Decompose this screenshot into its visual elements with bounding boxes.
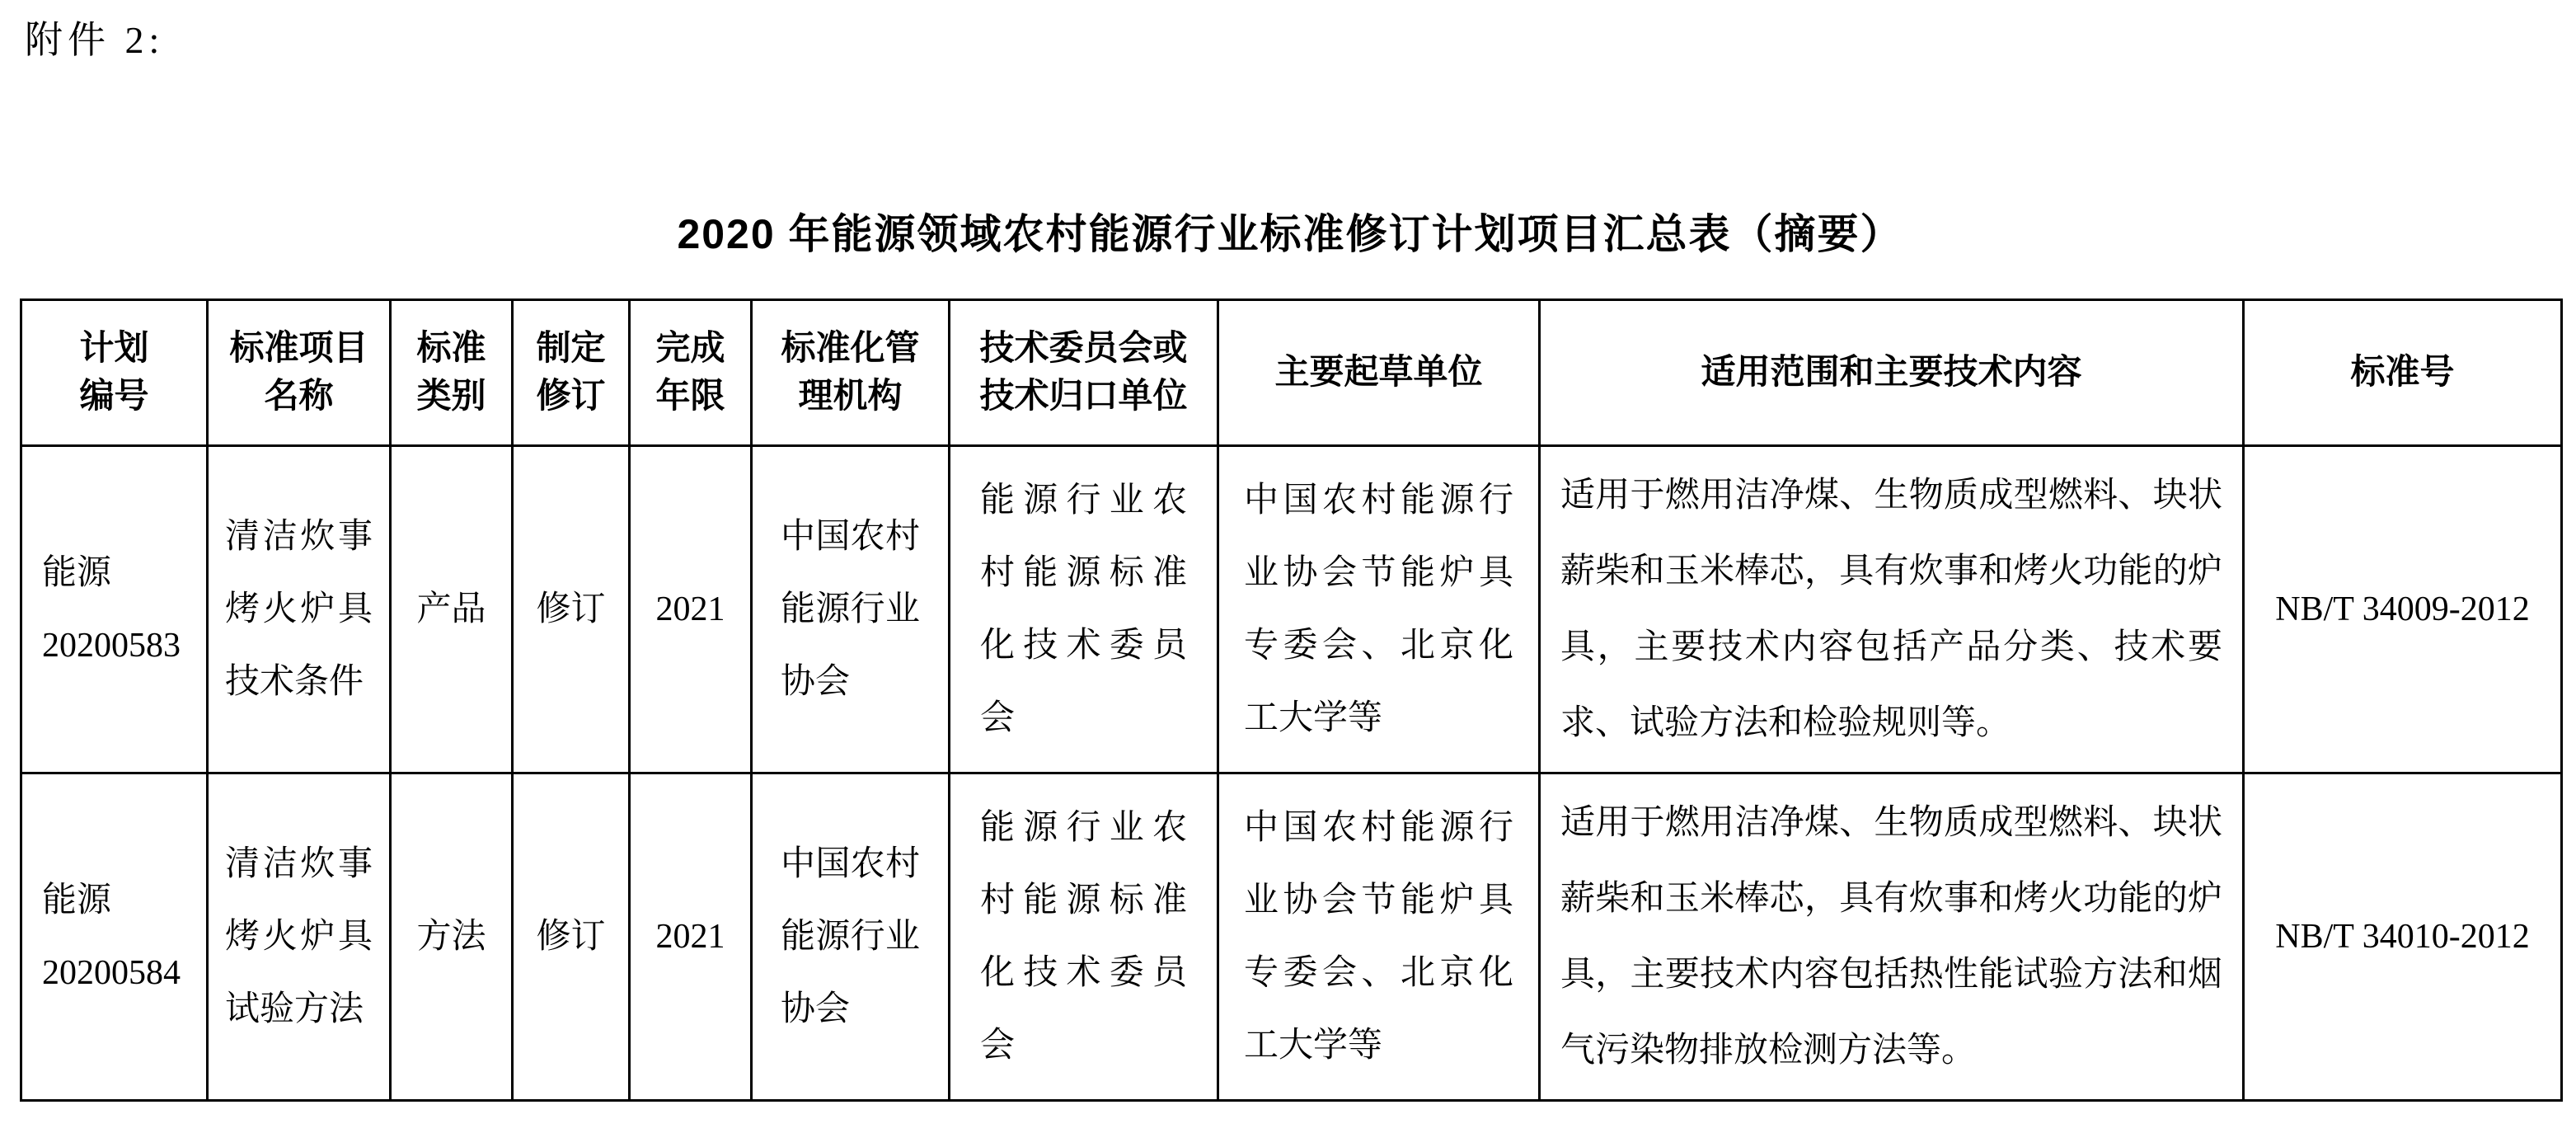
cell-completion-year: 2021 [630, 773, 752, 1101]
cell-standard-category: 产品 [391, 446, 513, 773]
header-project-name: 标准项目 名称 [208, 300, 391, 446]
header-completion-year: 完成 年限 [630, 300, 752, 446]
cell-project-name: 清洁炊事烤火炉具试验方法 [208, 773, 391, 1101]
header-standard-number: 标准号 [2244, 300, 2562, 446]
cell-management-org: 中国农村能源行业协会 [752, 446, 950, 773]
attachment-label: 附件 2: [25, 10, 164, 64]
table-header-row: 计划 编号 标准项目 名称 标准 类别 制定 修订 完成 年限 标准化管 理机构… [21, 300, 2562, 446]
cell-technical-committee: 能源行业农村能源标准化技术委员会 [950, 773, 1218, 1101]
header-technical-committee: 技术委员会或 技术归口单位 [950, 300, 1218, 446]
table-row: 能源 20200583 清洁炊事烤火炉具技术条件 产品 修订 2021 中国农村… [21, 446, 2562, 773]
cell-management-org: 中国农村能源行业协会 [752, 773, 950, 1101]
cell-formulate-revise: 修订 [513, 773, 630, 1101]
header-drafting-units: 主要起草单位 [1218, 300, 1540, 446]
cell-technical-committee: 能源行业农村能源标准化技术委员会 [950, 446, 1218, 773]
header-plan-number: 计划 编号 [21, 300, 208, 446]
cell-standard-number: NB/T 34010-2012 [2244, 773, 2562, 1101]
cell-project-name: 清洁炊事烤火炉具技术条件 [208, 446, 391, 773]
cell-standard-number: NB/T 34009-2012 [2244, 446, 2562, 773]
header-standard-category: 标准 类别 [391, 300, 513, 446]
page-title: 2020 年能源领域农村能源行业标准修订计划项目汇总表（摘要） [20, 201, 2560, 261]
cell-scope-content: 适用于燃用洁净煤、生物质成型燃料、块状薪柴和玉米棒芯，具有炊事和烤火功能的炉具，… [1540, 446, 2244, 773]
cell-drafting-units: 中国农村能源行业协会节能炉具专委会、北京化工大学等 [1218, 446, 1540, 773]
cell-completion-year: 2021 [630, 446, 752, 773]
cell-drafting-units: 中国农村能源行业协会节能炉具专委会、北京化工大学等 [1218, 773, 1540, 1101]
header-scope-content: 适用范围和主要技术内容 [1540, 300, 2244, 446]
standards-summary-table: 计划 编号 标准项目 名称 标准 类别 制定 修订 完成 年限 标准化管 理机构… [20, 299, 2563, 1102]
cell-standard-category: 方法 [391, 773, 513, 1101]
cell-plan-number: 能源 20200584 [21, 773, 208, 1101]
cell-scope-content: 适用于燃用洁净煤、生物质成型燃料、块状薪柴和玉米棒芯，具有炊事和烤火功能的炉具，… [1540, 773, 2244, 1101]
cell-plan-number: 能源 20200583 [21, 446, 208, 773]
cell-formulate-revise: 修订 [513, 446, 630, 773]
header-management-org: 标准化管 理机构 [752, 300, 950, 446]
header-formulate-revise: 制定 修订 [513, 300, 630, 446]
table-row: 能源 20200584 清洁炊事烤火炉具试验方法 方法 修订 2021 中国农村… [21, 773, 2562, 1101]
